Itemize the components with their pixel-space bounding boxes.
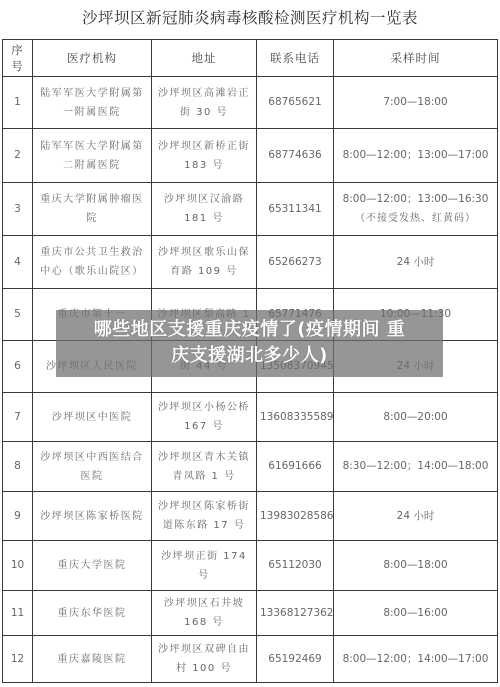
cell-org: 重庆大学医院 — [33, 541, 152, 591]
cell-line: 24 小时 — [337, 507, 494, 526]
cell-line: 中心（歌乐山院区） — [36, 262, 148, 281]
page-title: 沙坪坝区新冠肺炎病毒核酸检测医疗机构一览表 — [0, 0, 500, 38]
headline-line-2: 庆支援湖北多少人) — [56, 343, 443, 369]
cell-time: 8:00—18:00 — [334, 541, 498, 591]
cell-line: 重庆东华医院 — [36, 604, 148, 623]
cell-line: 167 号 — [155, 417, 253, 436]
cell-address: 沙坪坝正街 174 号 — [152, 541, 257, 591]
cell-address: 沙坪坝区小杨公桥167 号 — [152, 393, 257, 442]
cell-address: 沙坪坝区陈家桥街道陈东路 17 号 — [152, 492, 257, 541]
cell-address: 沙坪坝区高滩岩正街 30 号 — [152, 77, 257, 129]
cell-no: 12 — [3, 636, 33, 683]
table-row: 4重庆市公共卫生救治中心（歌乐山院区）沙坪坝区歌乐山保育路 109 号65266… — [3, 236, 498, 289]
table-row: 10重庆大学医院沙坪坝正街 174 号651120308:00—18:00 — [3, 541, 498, 591]
cell-org: 陆军军医大学附属第一附属医院 — [33, 77, 152, 129]
cell-org: 沙坪坝区中医院 — [33, 393, 152, 442]
cell-line: 重庆嘉陵医院 — [36, 650, 148, 669]
cell-address: 沙坪坝区汉渝路181 号 — [152, 183, 257, 236]
cell-line: 沙坪坝区歌乐山保 — [155, 243, 253, 262]
cell-no: 11 — [3, 591, 33, 636]
cell-phone: 65112030 — [257, 541, 334, 591]
header-time: 采样时间 — [334, 40, 498, 77]
cell-line: 8:00—12:00；14:00—17:00 — [337, 650, 494, 669]
cell-time: 24 小时 — [334, 492, 498, 541]
cell-phone: 13608335589 — [257, 393, 334, 442]
cell-phone: 13368127362 — [257, 591, 334, 636]
cell-line: 沙坪坝区石井坡 — [155, 594, 253, 613]
cell-line: 8:00—12:00；13:00—16:30 — [337, 190, 494, 209]
cell-time: 24 小时 — [334, 236, 498, 289]
cell-no: 6 — [3, 341, 33, 393]
header-no: 序号 — [3, 40, 33, 77]
cell-line: 二附属医院 — [36, 156, 148, 175]
cell-time: 8:00—16:00 — [334, 591, 498, 636]
cell-line: 街 30 号 — [155, 103, 253, 122]
cell-time: 8:00—12:00；13:00—17:00 — [334, 129, 498, 183]
table-row: 8沙坪坝区中西医结合医院沙坪坝区青木关镇青凤路 1 号616916668:30—… — [3, 442, 498, 492]
cell-org: 重庆东华医院 — [33, 591, 152, 636]
cell-line: （不接受发热、红黄码） — [337, 209, 494, 228]
cell-line: 重庆大学附属肿瘤医 — [36, 190, 148, 209]
cell-address: 沙坪坝区石井坡168 号 — [152, 591, 257, 636]
cell-address: 沙坪坝区歌乐山保育路 109 号 — [152, 236, 257, 289]
cell-line: 沙坪坝区高滩岩正 — [155, 84, 253, 103]
cell-no: 2 — [3, 129, 33, 183]
cell-phone: 68774636 — [257, 129, 334, 183]
cell-line: 8:00—20:00 — [337, 408, 494, 427]
cell-line: 沙坪坝区汉渝路 — [155, 190, 253, 209]
cell-no: 5 — [3, 289, 33, 341]
cell-address: 沙坪坝区新桥正街183 号 — [152, 129, 257, 183]
cell-line: 183 号 — [155, 156, 253, 175]
cell-line: 医院 — [36, 467, 148, 486]
cell-org: 重庆大学附属肿瘤医院 — [33, 183, 152, 236]
cell-line: 沙坪坝区中医院 — [36, 408, 148, 427]
table-row: 9沙坪坝区陈家桥医院沙坪坝区陈家桥街道陈东路 17 号1398302858624… — [3, 492, 498, 541]
cell-org: 重庆嘉陵医院 — [33, 636, 152, 683]
table-row: 7沙坪坝区中医院沙坪坝区小杨公桥167 号136083355898:00—20:… — [3, 393, 498, 442]
cell-no: 1 — [3, 77, 33, 129]
header-phone: 联系电话 — [257, 40, 334, 77]
cell-line: 重庆大学医院 — [36, 556, 148, 575]
cell-line: 沙坪坝区新桥正街 — [155, 137, 253, 156]
cell-no: 4 — [3, 236, 33, 289]
headline-line-1: 哪些地区支援重庆疫情了(疫情期间 重 — [56, 317, 443, 343]
cell-phone: 68765621 — [257, 77, 334, 129]
cell-address: 沙坪坝区青木关镇青凤路 1 号 — [152, 442, 257, 492]
cell-org: 重庆市公共卫生救治中心（歌乐山院区） — [33, 236, 152, 289]
cell-phone: 65192469 — [257, 636, 334, 683]
cell-time: 7:00—18:00 — [334, 77, 498, 129]
cell-line: 168 号 — [155, 613, 253, 632]
cell-line: 重庆市公共卫生救治 — [36, 243, 148, 262]
cell-line: 青凤路 1 号 — [155, 467, 253, 486]
cell-phone: 65311341 — [257, 183, 334, 236]
table-row: 2陆军军医大学附属第二附属医院沙坪坝区新桥正街183 号687746368:00… — [3, 129, 498, 183]
table-header-row: 序号 医疗机构 地址 联系电话 采样时间 — [3, 40, 498, 77]
cell-no: 10 — [3, 541, 33, 591]
cell-no: 9 — [3, 492, 33, 541]
cell-no: 3 — [3, 183, 33, 236]
cell-line: 181 号 — [155, 209, 253, 228]
table-row: 3重庆大学附属肿瘤医院沙坪坝区汉渝路181 号653113418:00—12:0… — [3, 183, 498, 236]
cell-line: 一附属医院 — [36, 103, 148, 122]
cell-no: 8 — [3, 442, 33, 492]
cell-address: 沙坪坝区双碑自由村 100 号 — [152, 636, 257, 683]
cell-org: 沙坪坝区中西医结合医院 — [33, 442, 152, 492]
cell-line: 7:00—18:00 — [337, 93, 494, 112]
cell-phone: 13983028586 — [257, 492, 334, 541]
header-address: 地址 — [152, 40, 257, 77]
cell-line: 陆军军医大学附属第 — [36, 137, 148, 156]
cell-time: 8:00—12:00；13:00—16:30（不接受发热、红黄码） — [334, 183, 498, 236]
cell-line: 沙坪坝区陈家桥街 — [155, 497, 253, 516]
cell-line: 沙坪坝正街 174 号 — [155, 547, 253, 585]
cell-line: 24 小时 — [337, 253, 494, 272]
cell-line: 院 — [36, 209, 148, 228]
cell-phone: 65266273 — [257, 236, 334, 289]
cell-line: 道陈东路 17 号 — [155, 516, 253, 535]
cell-org: 陆军军医大学附属第二附属医院 — [33, 129, 152, 183]
table-row: 11重庆东华医院沙坪坝区石井坡168 号133681273628:00—16:0… — [3, 591, 498, 636]
cell-line: 8:30—12:00；14:00—18:00 — [337, 457, 494, 476]
cell-time: 8:30—12:00；14:00—18:00 — [334, 442, 498, 492]
table-row: 12重庆嘉陵医院沙坪坝区双碑自由村 100 号651924698:00—12:0… — [3, 636, 498, 683]
cell-line: 沙坪坝区青木关镇 — [155, 448, 253, 467]
cell-no: 7 — [3, 393, 33, 442]
headline-overlay-banner[interactable]: 哪些地区支援重庆疫情了(疫情期间 重 庆支援湖北多少人) — [56, 310, 443, 377]
header-org: 医疗机构 — [33, 40, 152, 77]
cell-phone: 61691666 — [257, 442, 334, 492]
cell-line: 8:00—18:00 — [337, 556, 494, 575]
cell-line: 沙坪坝区陈家桥医院 — [36, 507, 148, 526]
cell-line: 村 100 号 — [155, 659, 253, 678]
cell-time: 8:00—12:00；14:00—17:00 — [334, 636, 498, 683]
table-row: 1陆军军医大学附属第一附属医院沙坪坝区高滩岩正街 30 号687656217:0… — [3, 77, 498, 129]
cell-time: 8:00—20:00 — [334, 393, 498, 442]
cell-line: 陆军军医大学附属第 — [36, 84, 148, 103]
cell-line: 沙坪坝区中西医结合 — [36, 448, 148, 467]
cell-line: 沙坪坝区双碑自由 — [155, 640, 253, 659]
cell-line: 育路 109 号 — [155, 262, 253, 281]
cell-line: 8:00—16:00 — [337, 604, 494, 623]
cell-line: 沙坪坝区小杨公桥 — [155, 398, 253, 417]
cell-org: 沙坪坝区陈家桥医院 — [33, 492, 152, 541]
cell-line: 8:00—12:00；13:00—17:00 — [337, 146, 494, 165]
